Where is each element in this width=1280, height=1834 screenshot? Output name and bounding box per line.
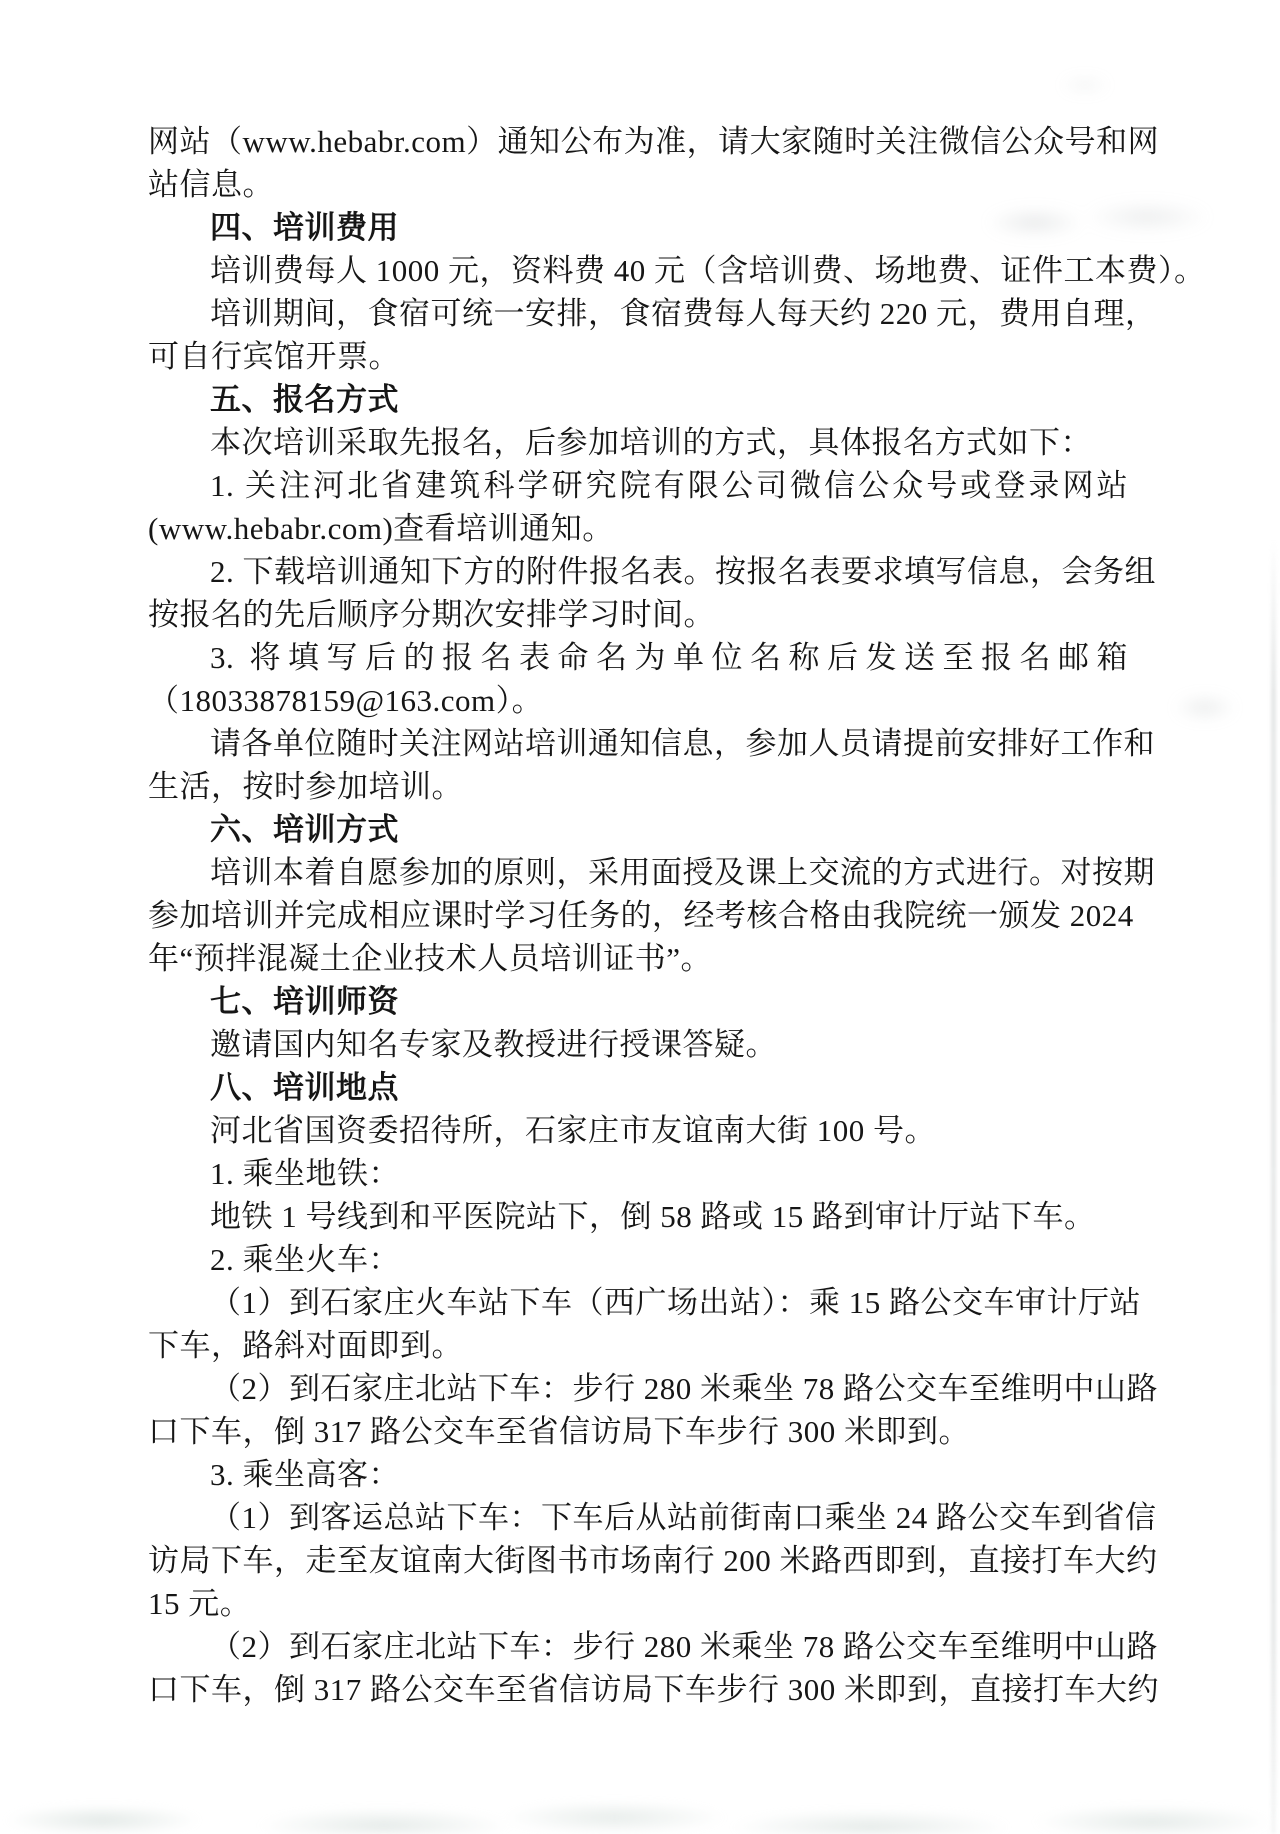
text-line: 2. 乘坐火车： bbox=[148, 1238, 1128, 1281]
scan-smudge-right bbox=[1150, 680, 1260, 735]
text-line: 按报名的先后顺序分期次安排学习时间。 bbox=[148, 593, 1128, 636]
text-line: 五、报名方式 bbox=[148, 378, 1128, 421]
text-line: 可自行宾馆开票。 bbox=[148, 335, 1128, 378]
document-page: 网站（www.hebabr.com）通知公布为准，请大家随时关注微信公众号和网站… bbox=[0, 0, 1280, 1834]
page-edge-shadow bbox=[1271, 540, 1276, 1834]
document-text: 网站（www.hebabr.com）通知公布为准，请大家随时关注微信公众号和网站… bbox=[148, 120, 1128, 1711]
text-line: （2）到石家庄北站下车：步行 280 米乘坐 78 路公交车至维明中山路 bbox=[148, 1625, 1128, 1668]
text-line: 访局下车，走至友谊南大街图书市场南行 200 米路西即到，直接打车大约 bbox=[148, 1539, 1128, 1582]
text-line: （2）到石家庄北站下车：步行 280 米乘坐 78 路公交车至维明中山路 bbox=[148, 1367, 1128, 1410]
text-line: 生活，按时参加培训。 bbox=[148, 765, 1128, 808]
text-line: 15 元。 bbox=[148, 1582, 1128, 1625]
text-line: (www.hebabr.com)查看培训通知。 bbox=[148, 507, 1128, 550]
text-line: 培训本着自愿参加的原则，采用面授及课上交流的方式进行。对按期 bbox=[148, 851, 1128, 894]
text-line: （1）到石家庄火车站下车（西广场出站）：乘 15 路公交车审计厅站 bbox=[148, 1281, 1128, 1324]
text-line: 七、培训师资 bbox=[148, 980, 1128, 1023]
text-line: 口下车，倒 317 路公交车至省信访局下车步行 300 米即到，直接打车大约 bbox=[148, 1668, 1128, 1711]
scan-smudge-top-edge bbox=[1040, 70, 1130, 100]
text-line: 培训期间，食宿可统一安排，食宿费每人每天约 220 元，费用自理， bbox=[148, 292, 1128, 335]
text-line: 下车，路斜对面即到。 bbox=[148, 1324, 1128, 1367]
text-line: 六、培训方式 bbox=[148, 808, 1128, 851]
text-line: 站信息。 bbox=[148, 163, 1128, 206]
text-line: 口下车，倒 317 路公交车至省信访局下车步行 300 米即到。 bbox=[148, 1410, 1128, 1453]
text-line: 地铁 1 号线到和平医院站下，倒 58 路或 15 路到审计厅站下车。 bbox=[148, 1195, 1128, 1238]
text-line: 本次培训采取先报名，后参加培训的方式，具体报名方式如下： bbox=[148, 421, 1128, 464]
text-line: 邀请国内知名专家及教授进行授课答疑。 bbox=[148, 1023, 1128, 1066]
text-line: 2. 下载培训通知下方的附件报名表。按报名表要求填写信息，会务组 bbox=[148, 550, 1128, 593]
text-line: 请各单位随时关注网站培训通知信息，参加人员请提前安排好工作和 bbox=[148, 722, 1128, 765]
text-line: 3. 将填写后的报名表命名为单位名称后发送至报名邮箱 bbox=[148, 636, 1128, 679]
text-line: 1. 关注河北省建筑科学研究院有限公司微信公众号或登录网站 bbox=[148, 464, 1128, 507]
text-line: （18033878159@163.com）。 bbox=[148, 679, 1128, 722]
text-line: （1）到客运总站下车：下车后从站前街南口乘坐 24 路公交车到省信 bbox=[148, 1496, 1128, 1539]
text-line: 1. 乘坐地铁： bbox=[148, 1152, 1128, 1195]
text-line: 四、培训费用 bbox=[148, 206, 1128, 249]
text-line: 八、培训地点 bbox=[148, 1066, 1128, 1109]
text-line: 网站（www.hebabr.com）通知公布为准，请大家随时关注微信公众号和网 bbox=[148, 120, 1128, 163]
text-line: 参加培训并完成相应课时学习任务的，经考核合格由我院统一颁发 2024 bbox=[148, 894, 1128, 937]
text-line: 河北省国资委招待所，石家庄市友谊南大街 100 号。 bbox=[148, 1109, 1128, 1152]
text-line: 年“预拌混凝土企业技术人员培训证书”。 bbox=[148, 937, 1128, 980]
text-line: 3. 乘坐高客： bbox=[148, 1453, 1128, 1496]
scan-bleedthrough-band bbox=[0, 1779, 1280, 1834]
text-line: 培训费每人 1000 元，资料费 40 元（含培训费、场地费、证件工本费）。 bbox=[148, 249, 1128, 292]
